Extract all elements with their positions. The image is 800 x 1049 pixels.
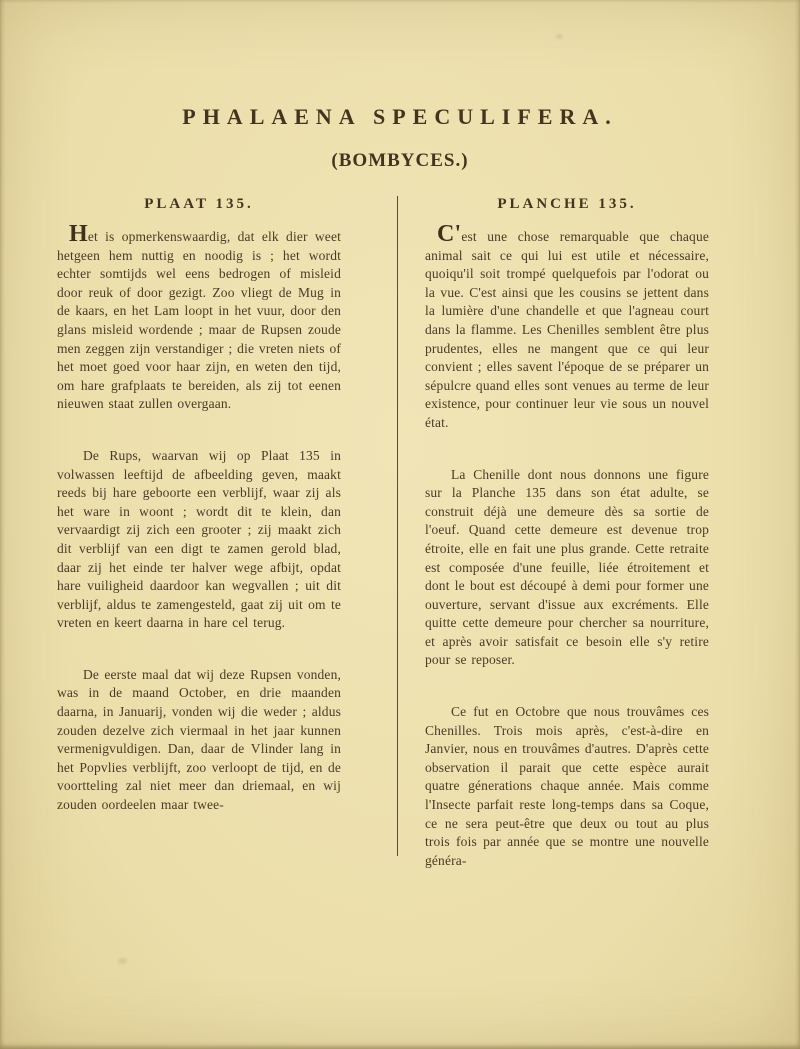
page-subtitle: (BOMBYCES.) (0, 150, 800, 172)
scanned-book-page: PHALAENA SPECULIFERA. (BOMBYCES.) PLAAT … (0, 0, 800, 1049)
dutch-paragraph-1: Het is opmerkenswaardig, dat elk dier we… (57, 225, 341, 414)
paper-foxing-speck (118, 958, 127, 964)
dutch-paragraph-2: De Rups, waarvan wij op Plaat 135 in vol… (57, 447, 341, 633)
dutch-column-header: PLAAT 135. (57, 196, 341, 213)
french-paragraph-1: C'est une chose remarquable que chaque a… (425, 225, 709, 433)
dutch-text-column: PLAAT 135. Het is opmerkenswaardig, dat … (57, 196, 341, 815)
french-paragraph-2: La Chenille dont nous donnons une figure… (425, 466, 709, 671)
french-text-column: PLANCHE 135. C'est une chose remarquable… (425, 196, 709, 870)
french-column-header: PLANCHE 135. (425, 196, 709, 213)
column-divider-rule (397, 196, 398, 856)
dutch-paragraph-3: De eerste maal dat wij deze Rupsen vonde… (57, 666, 341, 815)
french-paragraph-3: Ce fut en Octobre que nous trouvâmes ces… (425, 703, 709, 870)
paper-foxing-speck (556, 34, 563, 39)
page-title: PHALAENA SPECULIFERA. (0, 104, 800, 130)
